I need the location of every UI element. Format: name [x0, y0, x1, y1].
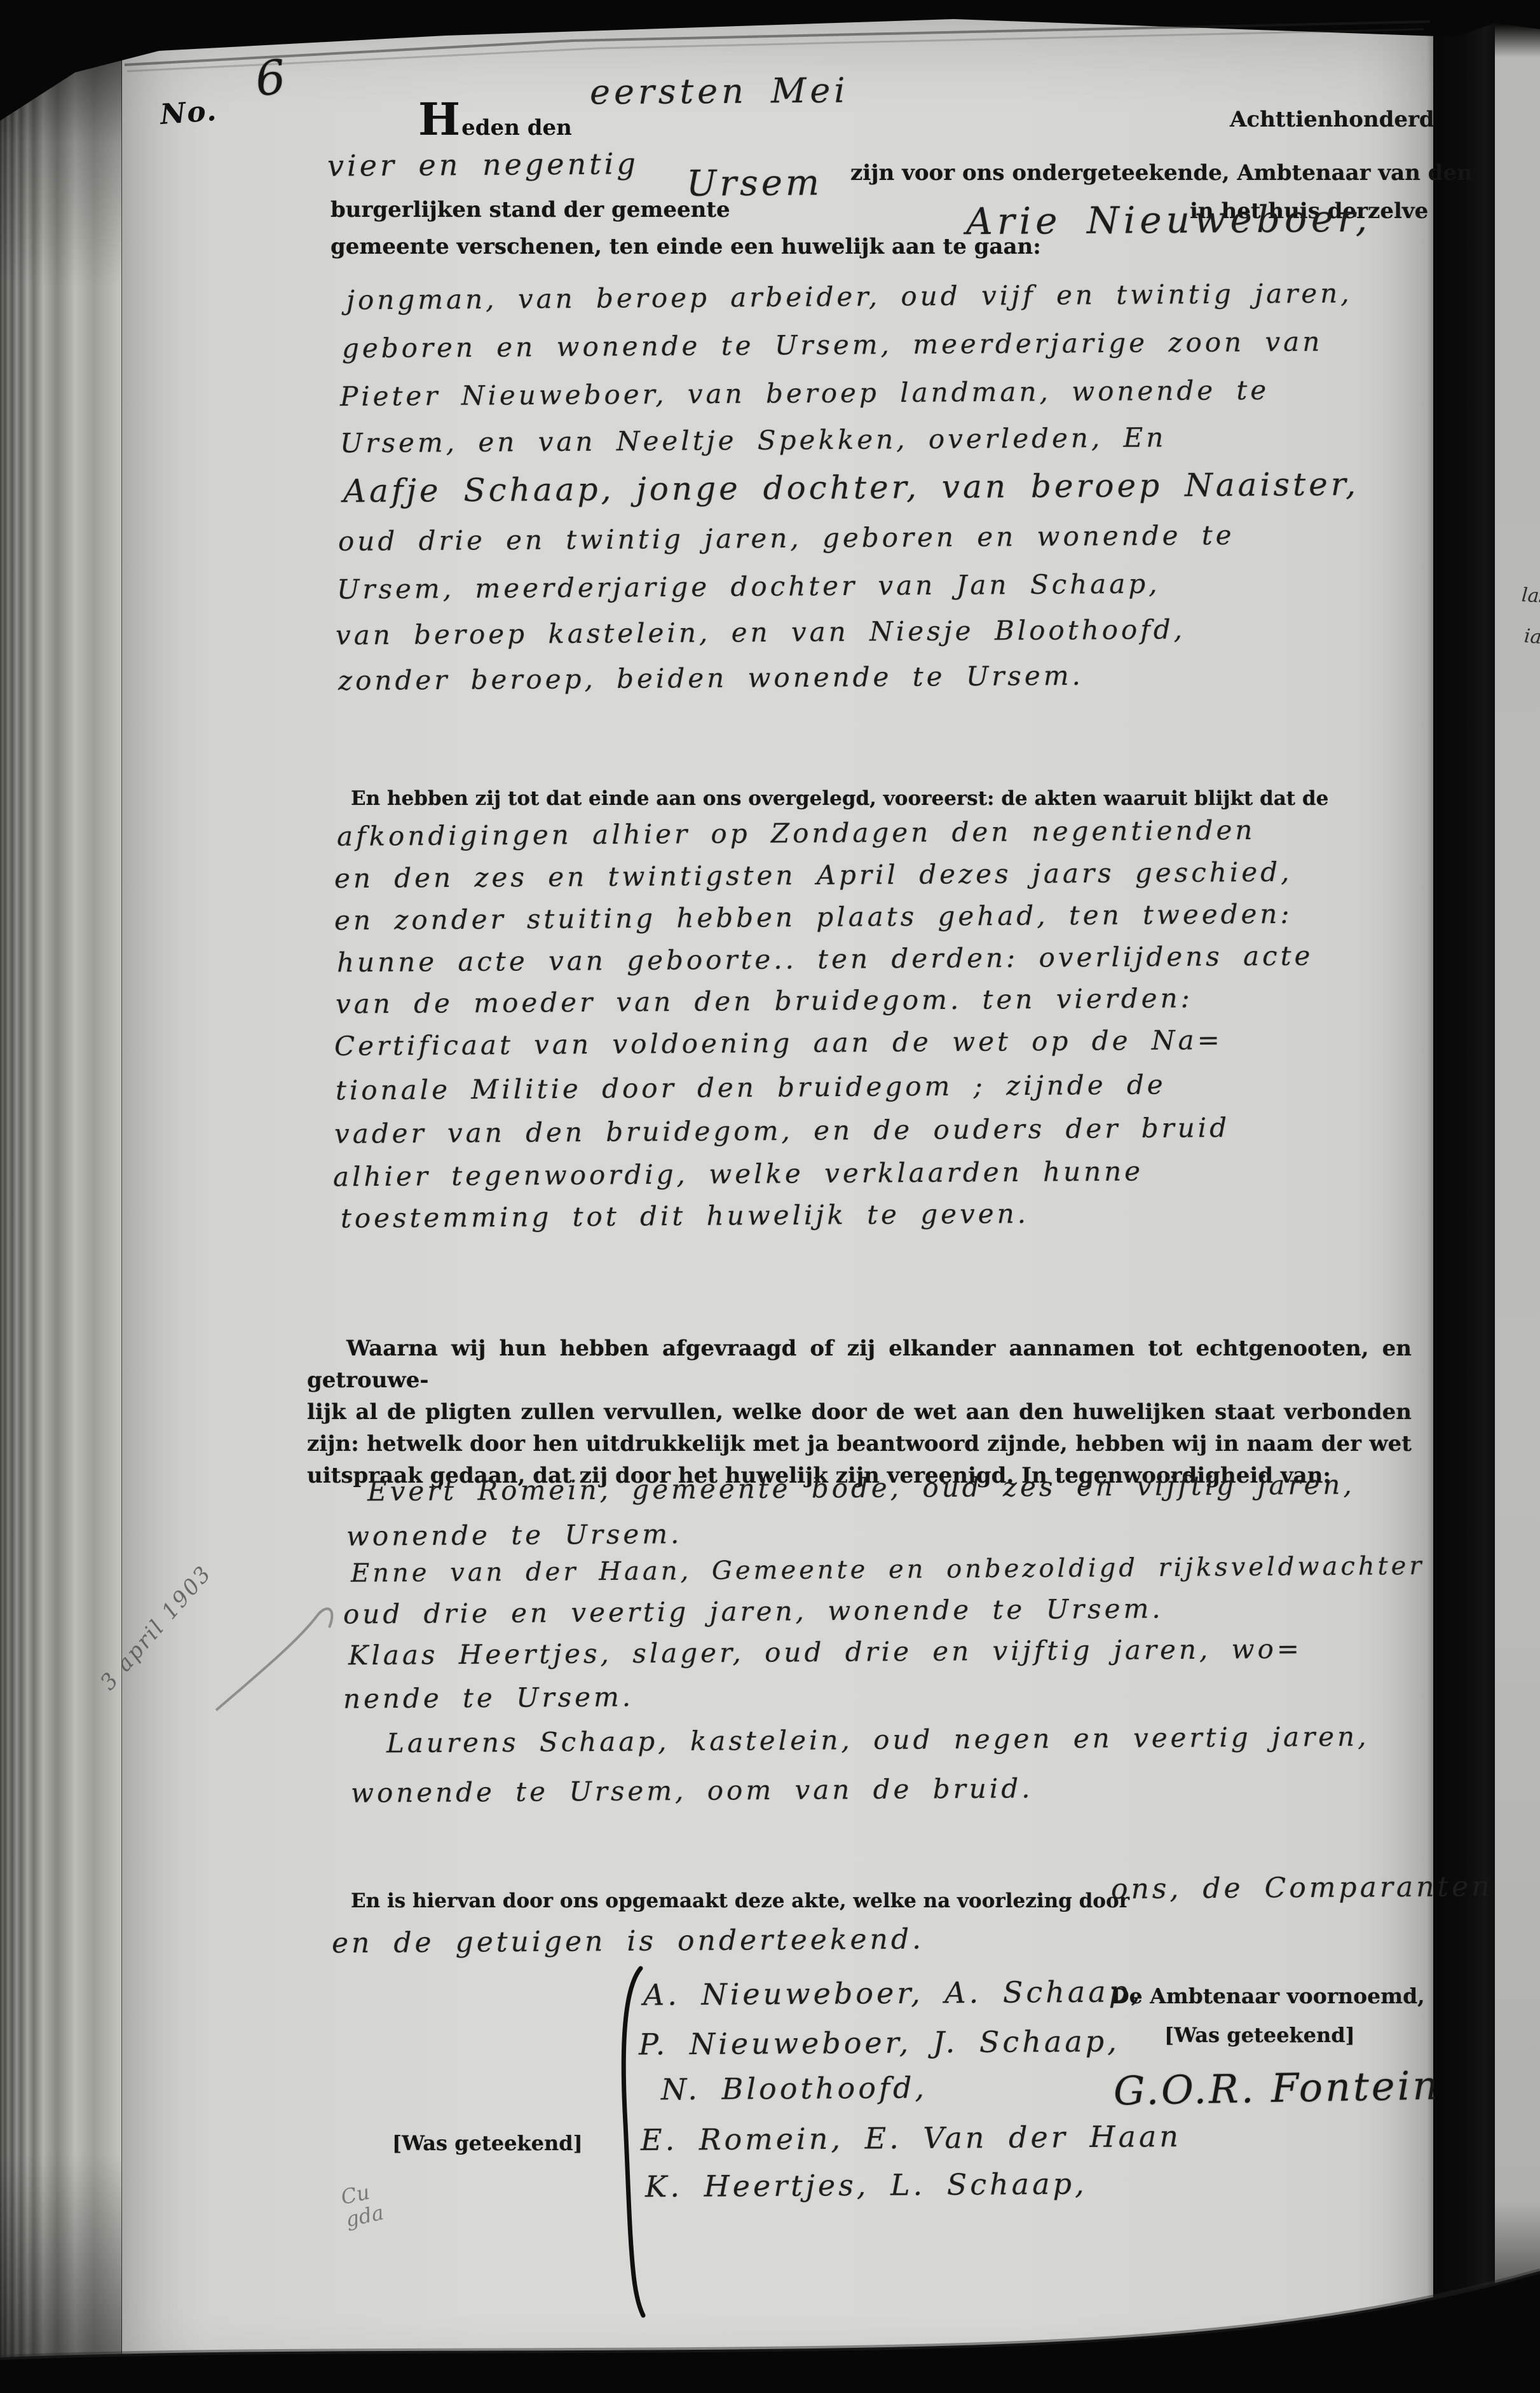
vow-paragraph-line: Waarna wij hun hebben afgevraagd of zij …: [307, 1333, 1412, 1396]
vow-paragraph-line: lijk al de pligten zullen vervullen, wel…: [307, 1396, 1412, 1428]
printed-burgerlijke-stand: burgerlijken stand der gemeente: [330, 197, 730, 223]
printed-closing-line: En is hiervan door ons opgemaakt deze ak…: [351, 1889, 1129, 1912]
book-binding-left-edge: [0, 0, 122, 2393]
printed-ambtenaar-voornoemd: De Ambtenaar voornoemd,: [1111, 1984, 1425, 2008]
couple-line: oud drie en twintig jaren, geboren en wo…: [338, 519, 1235, 557]
couple-line: Ursem, en van Neeltje Spekken, overleden…: [340, 422, 1167, 458]
witness-line: Klaas Heertjes, slager, oud drie en vijf…: [348, 1633, 1302, 1671]
overgelegd-line: Certificaat van voldoening aan de wet op…: [334, 1024, 1223, 1062]
handwritten-date: eersten Mei: [590, 71, 849, 113]
overgelegd-line: alhier tegenwoordig, welke verklaarden h…: [333, 1156, 1143, 1193]
handwritten-groom-name: Arie Nieuweboer,: [966, 197, 1372, 243]
signature-line: E. Romein, E. Van der Haan: [641, 2119, 1182, 2157]
printed-was-geteekend-right: [Was geteekend]: [1164, 2023, 1355, 2047]
overgelegd-line: van de moeder van den bruidegom. ten vie…: [336, 982, 1193, 1019]
printed-heden-den: Heden den: [418, 93, 572, 146]
witness-line: oud drie en veertig jaren, wonende te Ur…: [343, 1593, 1164, 1629]
signature-line: N. Bloothoofd,: [661, 2071, 927, 2107]
printed-achttienhonderd: Achttienhonderd: [1230, 107, 1434, 132]
handwritten-comparanten: ons, de Comparanten: [1111, 1870, 1493, 1905]
couple-line: van beroep kastelein, en van Niesje Bloo…: [336, 614, 1185, 650]
pencil-flourish: [210, 1602, 350, 1717]
official-signature: G.O.R. Fontein: [1113, 2062, 1440, 2115]
signature-line: K. Heertjes, L. Schaap,: [645, 2167, 1087, 2204]
handwritten-bride-name-line: Aafje Schaap, jonge dochter, van beroep …: [343, 465, 1359, 509]
vow-paragraph-line: zijn: hetwelk door hen uitdrukkelijk met…: [307, 1428, 1412, 1460]
printed-overgelegd: En hebben zij tot dat einde aan ons over…: [351, 787, 1328, 810]
printed-vow-paragraph: Waarna wij hun hebben afgevraagd of zij …: [307, 1333, 1412, 1491]
signature-line: P. Nieuweboer, J. Schaap,: [639, 2024, 1120, 2061]
scanned-marriage-record: las ian No. 6 Heden den eersten Mei Acht…: [0, 0, 1540, 2393]
adjacent-page-ink-fragment: las: [1521, 584, 1540, 608]
page-gutter-shadow: [1427, 0, 1498, 2393]
witness-line: wonende te Ursem.: [346, 1518, 683, 1552]
scan-bottom-edge: [0, 2212, 1540, 2393]
adjacent-page-ink-fragment: ian: [1523, 625, 1540, 650]
witness-line: wonende te Ursem, oom van de bruid.: [351, 1772, 1033, 1808]
couple-line: zonder beroep, beiden wonende te Ursem.: [338, 660, 1084, 696]
adjacent-page-sliver: las ian: [1495, 0, 1540, 2393]
couple-line: Pieter Nieuweboer, van beroep landman, w…: [340, 374, 1270, 412]
printed-ja-bold: ja: [807, 1431, 829, 1457]
handwritten-year: vier en negentig: [327, 146, 639, 182]
printed-ambtenaar-line: zijn voor ons ondergeteekende, Ambtenaar…: [850, 160, 1473, 186]
overgelegd-line: vader van den bruidegom, en de ouders de…: [334, 1112, 1230, 1149]
couple-line: Ursem, meerderjarige dochter van Jan Sch…: [337, 568, 1161, 605]
printed-was-geteekend-left: [Was geteekend]: [392, 2131, 583, 2155]
printed-huwelijk-aangaan: gemeente verschenen, ten einde een huwel…: [330, 234, 1041, 259]
act-number-value: 6: [253, 50, 292, 107]
overgelegd-line: toestemming tot dit huwelijk te geven.: [341, 1198, 1029, 1234]
handwritten-onderteekend: en de getuigen is onderteekend.: [332, 1923, 924, 1960]
overgelegd-line: tionale Militie door den bruidegom ; zij…: [336, 1069, 1166, 1106]
signature-line: A. Nieuweboer, A. Schaap,: [643, 1974, 1143, 2012]
act-number-label: No.: [159, 95, 218, 131]
witness-line: nende te Ursem.: [343, 1681, 634, 1714]
handwritten-gemeente-name: Ursem: [686, 162, 822, 204]
overgelegd-line: afkondigingen alhier op Zondagen den neg…: [337, 814, 1256, 852]
